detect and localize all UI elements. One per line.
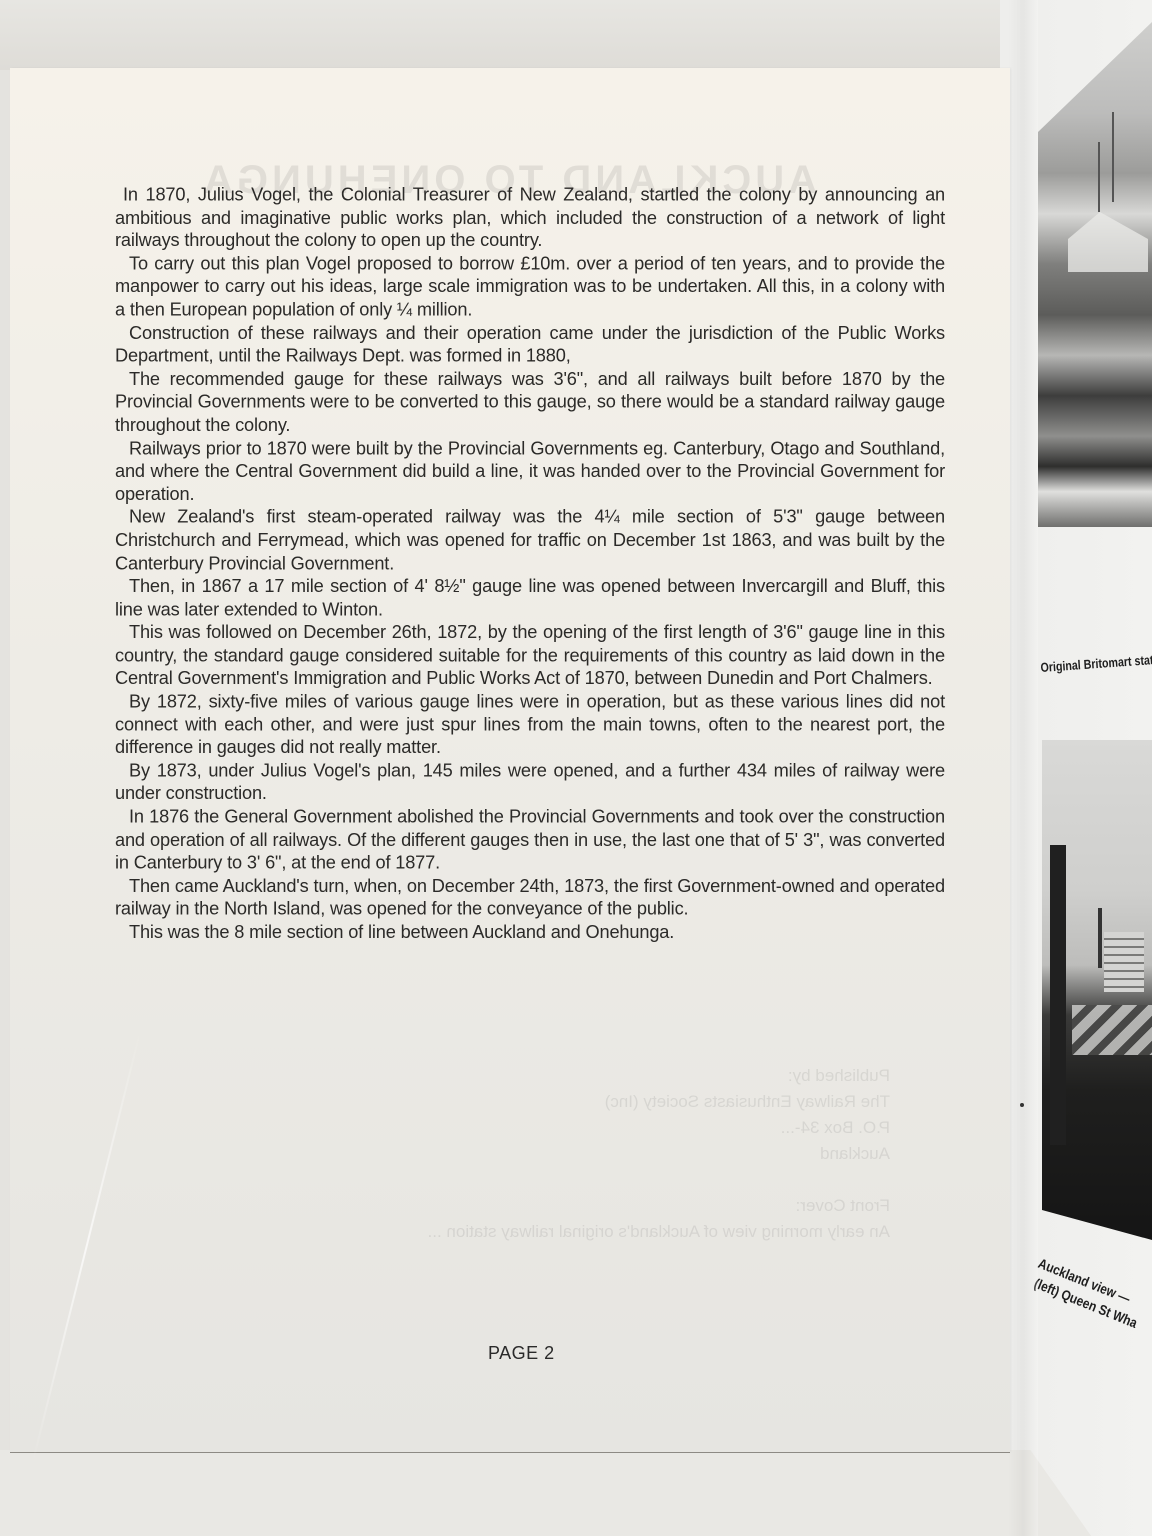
paragraph: To carry out this plan Vogel proposed to…: [115, 252, 945, 321]
show-through-line: The Railway Enthusiasts Society (Inc): [428, 1089, 890, 1115]
paragraph: New Zealand's first steam-operated railw…: [115, 506, 945, 575]
paragraph: In 1876 the General Government abolished…: [115, 805, 945, 874]
paragraph: This was followed on December 26th, 1872…: [115, 621, 945, 690]
show-through-line: Front Cover:: [428, 1193, 890, 1219]
show-through-line: P.O. Box 34-...: [428, 1115, 890, 1141]
paragraph: Then, in 1867 a 17 mile section of 4' 8½…: [115, 575, 945, 621]
paper-crease: [31, 1028, 142, 1465]
show-through-block: Published by: The Railway Enthusiasts So…: [428, 1063, 890, 1245]
mast-shape: [1098, 142, 1100, 212]
chimney-shape: [1050, 845, 1066, 1145]
paragraph: By 1872, sixty-five miles of various gau…: [115, 690, 945, 759]
table-surface-top: [0, 0, 1152, 70]
paragraph: Railways prior to 1870 were built by the…: [115, 437, 945, 506]
show-through-line: An early morning view of Auckland's orig…: [428, 1219, 890, 1245]
show-through-line: Published by:: [428, 1063, 890, 1089]
booklet-page: AUCKLAND TO ONEHUNGA Published by: The R…: [10, 68, 1010, 1452]
speck: [1020, 1103, 1024, 1107]
auckland-view-photo: [1042, 740, 1152, 1240]
paragraph: In 1870, Julius Vogel, the Colonial Trea…: [115, 183, 945, 252]
paragraph: This was the 8 mile section of line betw…: [115, 920, 945, 943]
station-building-shape: [1068, 212, 1148, 272]
chimney-shape: [1098, 908, 1102, 968]
show-through-line: Auckland: [428, 1141, 890, 1167]
paragraph: The recommended gauge for these railways…: [115, 367, 945, 436]
building-shape: [1104, 932, 1144, 992]
paragraph: By 1873, under Julius Vogel's plan, 145 …: [115, 759, 945, 805]
page-number: PAGE 2: [488, 1343, 555, 1364]
table-surface-bottom: [0, 1450, 1152, 1536]
paragraph: Then came Auckland's turn, when, on Dece…: [115, 874, 945, 920]
paragraph: Construction of these railways and their…: [115, 321, 945, 367]
rooftops-shape: [1072, 1005, 1152, 1055]
body-text: In 1870, Julius Vogel, the Colonial Trea…: [115, 183, 945, 944]
mast-shape: [1112, 112, 1114, 202]
book-spine-shadow: [1008, 0, 1038, 1536]
